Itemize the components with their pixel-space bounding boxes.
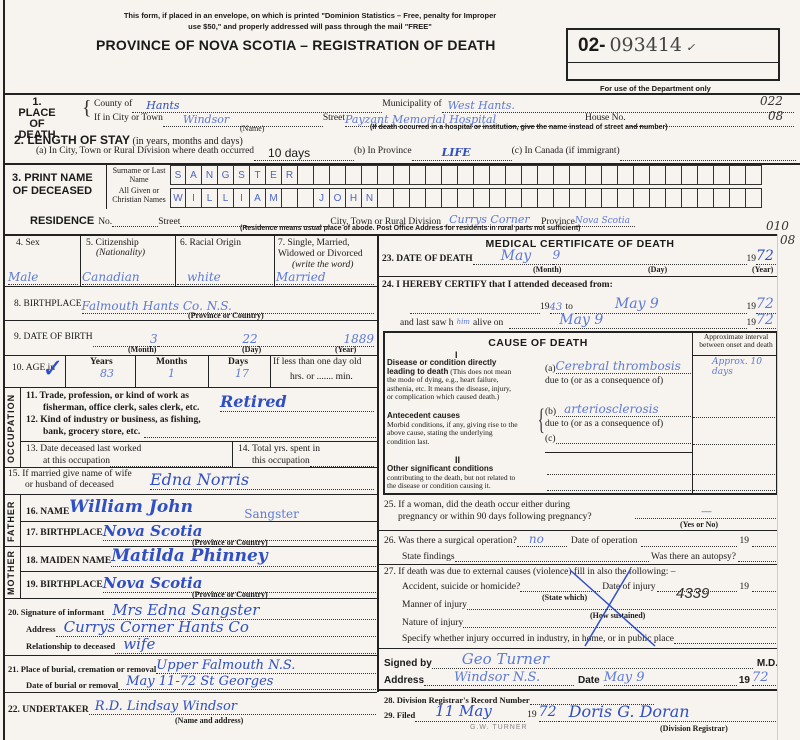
relationship-row: Relationship to deceased wife (26, 641, 376, 654)
municipality-value[interactable]: West Hants. (442, 99, 794, 113)
father-side-label: FATHER (6, 498, 16, 544)
registrar-signature[interactable]: Doris G. Doran (559, 702, 778, 722)
registrar-hint: (Division Registrar) (660, 724, 728, 733)
signed-year[interactable]: 72 (752, 670, 778, 686)
divider (20, 546, 21, 598)
operation-year[interactable] (752, 536, 778, 547)
divider (3, 93, 800, 95)
reg-prefix: 02- (578, 35, 605, 56)
interval-header: Approximate interval between onset and d… (694, 333, 778, 349)
surgery-row: 26. Was there a surgical operation? no D… (384, 536, 778, 547)
age-days-value[interactable]: 17 (235, 367, 249, 380)
divider (3, 494, 377, 495)
divider (232, 441, 233, 467)
interval-a-value[interactable]: Approx. 10 days (712, 357, 778, 377)
antecedent-help: Antecedent causes Morbid conditions, if … (387, 412, 519, 446)
industry-value[interactable] (144, 426, 376, 438)
dob-label: 9. DATE OF BIRTH (14, 332, 93, 347)
last-worked-value[interactable] (110, 455, 231, 467)
pregnancy-value[interactable]: — (635, 505, 778, 519)
total-years-value[interactable] (310, 455, 374, 467)
undertaker-value[interactable]: R.D. Lindsay Windsor (89, 699, 376, 715)
signed-by-row: Signed by Geo Turner M.D. (384, 658, 778, 669)
last-saw-year[interactable]: 72 (756, 312, 778, 329)
stay-canada-label: (c) In Canada (if immigrant) (512, 146, 620, 161)
burial-date-value[interactable]: May 11-72 St Georges (118, 674, 376, 690)
divider (270, 355, 271, 387)
county-label: County of (94, 99, 132, 113)
trade-value[interactable]: Retired (220, 392, 374, 412)
county-value[interactable]: Hants (132, 99, 382, 113)
months-label: Months (156, 357, 187, 367)
filed-date[interactable]: 11 May (415, 702, 525, 722)
divider (80, 234, 81, 286)
divider (3, 598, 377, 599)
days-label: Days (228, 357, 248, 367)
divider (20, 494, 21, 546)
citizenship-value[interactable]: Canadian (82, 270, 174, 285)
less-than-day-label: If less than one day old (273, 357, 361, 367)
divider (3, 467, 377, 468)
due-to-a: due to (or as a consequence of) (545, 376, 663, 386)
margin-code-3: 010 (766, 219, 789, 233)
cause-a-row: (a) Cerebral thrombosis (545, 364, 691, 374)
findings-row: State findings Was there an autopsy? (402, 552, 778, 562)
undertaker-hint: (Name and address) (175, 716, 243, 725)
occupation-side-label: OCCUPATION (6, 392, 16, 464)
day-hint: (Day) (242, 345, 261, 354)
mother-maiden-value[interactable]: Matilda Phinney (111, 546, 376, 567)
given-names-label: All Given or Christian Names (110, 186, 168, 204)
sex-value[interactable]: Male (8, 270, 78, 285)
divider (20, 441, 377, 442)
divider (3, 692, 377, 693)
death-year-hint: (Year) (752, 265, 773, 274)
divider (3, 234, 778, 236)
other-condition-2[interactable] (547, 490, 691, 491)
length-of-stay-row: (a) In City, Town or Rural Division wher… (36, 146, 796, 161)
father-surname-value[interactable]: Sangster (244, 507, 376, 522)
last-worked-label: 13. Date deceased last workedat this occ… (26, 443, 231, 467)
county-row: County of Hants Municipality of West Han… (94, 99, 794, 113)
father-name-value[interactable]: William John (69, 497, 244, 522)
divider (545, 452, 692, 453)
stay-province-label: (b) In Province (354, 146, 412, 161)
other-conditions-help: Other significant conditions contributin… (387, 465, 519, 491)
racial-origin-label: 6. Racial Origin (180, 238, 241, 248)
trade-label: 11. Trade, profession, or kind of work a… (26, 390, 199, 414)
undertaker-row: 22. UNDERTAKER R.D. Lindsay Windsor (8, 705, 376, 715)
surname-label: Surname or Last Name (110, 166, 168, 184)
last-saw-date[interactable]: May 9 (509, 312, 746, 329)
mother-maiden-row: 18. MAIDEN NAME Matilda Phinney (26, 556, 376, 567)
cause-a-value[interactable]: Cerebral thrombosis (556, 359, 691, 374)
findings-value[interactable] (455, 552, 650, 562)
stay-city-value[interactable]: 10 days (254, 146, 354, 161)
divider (377, 689, 778, 691)
other-interval-2[interactable] (693, 490, 775, 491)
street-hint: (If death occurred in a hospital or inst… (370, 124, 668, 131)
death-day-hint: (Day) (648, 265, 667, 274)
divider (377, 648, 778, 649)
mother-side-label: MOTHER (6, 550, 16, 596)
stay-city-label: (a) In City, Town or Rural Division wher… (36, 146, 254, 161)
margin-code-2: 08 (768, 109, 783, 123)
filed-row: 29. Filed 11 May 19 72 Doris G. Doran (384, 710, 778, 722)
direct-cause-help: Disease or condition directly leading to… (387, 359, 519, 402)
dob-row: 9. DATE OF BIRTH 3 22 1889 (14, 332, 374, 347)
spouse-value[interactable]: Edna Norris (150, 470, 374, 490)
death-month[interactable]: May (473, 248, 553, 265)
left-border (3, 0, 5, 740)
pregnancy-label: 25. If a woman, did the death occur eith… (384, 499, 592, 523)
stamp-note: G.W. TURNER (470, 724, 528, 731)
other-interval-1[interactable] (693, 474, 775, 475)
check-mark-icon: ✓ (686, 41, 695, 54)
strike-x-mark (560, 568, 660, 648)
other-condition-1[interactable] (547, 474, 691, 475)
month-hint: (Month) (128, 345, 156, 354)
physician-address[interactable]: Windsor N.S. (424, 670, 574, 686)
physician-signature[interactable]: Geo Turner (432, 650, 753, 669)
name-hint: (Name) (240, 124, 264, 133)
divider (377, 530, 778, 531)
divider (3, 320, 377, 321)
specify-value[interactable] (674, 634, 778, 644)
divider (3, 387, 377, 388)
stay-province-value[interactable]: LIFE (412, 146, 512, 161)
industry-label: 12. Kind of industry or business, as fis… (26, 414, 376, 438)
divider (3, 655, 377, 656)
divider (175, 234, 176, 286)
divider (208, 355, 209, 387)
margin-code-1: 022 (760, 94, 783, 108)
last-saw-mark: him (454, 318, 473, 329)
mail-notice-line2: use $50," and properly addressed will pa… (60, 21, 560, 32)
burial-place-row: 21. Place of burial, cremation or remova… (8, 664, 376, 674)
racial-origin-value[interactable]: white (177, 270, 273, 285)
interval-c-value[interactable] (693, 444, 775, 445)
divider (377, 276, 778, 277)
check-mark-icon: ✓ (42, 354, 64, 384)
yes-no-hint: (Yes or No) (680, 520, 718, 529)
last-saw-row: and last saw h him alive on May 9 19 72 (400, 318, 778, 329)
length-of-stay-heading: 2. LENGTH OF STAY (in years, months and … (14, 133, 243, 147)
age-years-value[interactable]: 83 (100, 367, 114, 380)
date-of-death-row: 23. DATE OF DEATH May 9 19 72 (382, 254, 778, 265)
divider (274, 234, 275, 286)
autopsy-value[interactable] (738, 552, 778, 562)
cause-b-value[interactable]: arteriosclerosis (556, 402, 691, 417)
city-label: If in City or Town (94, 113, 163, 127)
sex-label: 4. Sex (16, 238, 40, 248)
birthplace-label: 8. BIRTHPLACE (14, 299, 82, 314)
operation-date[interactable] (641, 536, 736, 547)
death-year[interactable]: 72 (756, 248, 778, 265)
reg-number: 093414 (609, 34, 682, 56)
municipality-label: Municipality of (382, 99, 441, 113)
certify-label: 24. I HEREBY CERTIFY that I attended dec… (382, 280, 613, 290)
residence-no[interactable] (112, 226, 158, 227)
birthplace-hint: (Province or Country) (188, 311, 264, 320)
filed-year[interactable]: 72 (539, 704, 559, 722)
divider (135, 355, 136, 387)
divider (20, 571, 377, 572)
dept-note: For use of the Department only (600, 84, 711, 93)
divider (106, 163, 107, 209)
years-label: Years (90, 357, 113, 367)
injury-year[interactable] (752, 582, 778, 592)
cause-c-row: (c) (545, 434, 691, 444)
residence-province[interactable]: Nova Scotia (575, 216, 635, 227)
divider (65, 355, 66, 387)
death-day[interactable]: 9 (553, 248, 747, 265)
signed-date[interactable]: May 9 (604, 670, 737, 686)
cause-c-value[interactable] (556, 434, 691, 444)
mail-notice-line1: This form, if placed in an envelope, on … (60, 10, 560, 21)
surgery-value[interactable]: no (517, 532, 567, 547)
margin-code-4: 08 (780, 233, 795, 247)
column-divider (377, 234, 379, 692)
marital-value[interactable]: Married (276, 270, 374, 285)
surname-grid[interactable]: SANGSTER (170, 165, 762, 185)
burial-date-row: Date of burial or removal May 11-72 St G… (26, 680, 376, 690)
divider (3, 286, 377, 287)
cause-of-death-title: CAUSE OF DEATH (385, 337, 691, 349)
spouse-label: 15. If married give name of wifeor husba… (8, 469, 132, 491)
given-names-grid[interactable]: WILLIAMJOHN (170, 188, 762, 208)
divider (377, 564, 778, 565)
cause-b-row: (b) arteriosclerosis (545, 407, 691, 417)
citizenship-label: 5. Citizenship(Nationality) (86, 238, 174, 258)
due-to-b: due to (or as a consequence of) (545, 419, 663, 429)
registration-number-box: 02- 093414 ✓ (566, 28, 780, 81)
year-hint: (Year) (335, 345, 356, 354)
residence-label: RESIDENCE (30, 215, 94, 227)
print-name-label: 3. PRINT NAME OF DECEASED (12, 172, 93, 198)
street-label: Street (323, 113, 345, 127)
divider (692, 355, 778, 356)
brace: { (82, 98, 92, 118)
right-edge (777, 234, 778, 740)
interval-b-value[interactable] (693, 417, 775, 418)
hrs-min-row: hrs. or ....... min. (290, 372, 353, 382)
residence-hint: (Residence means usual place of abode. P… (240, 225, 581, 232)
divider (20, 387, 21, 467)
death-month-hint: (Month) (533, 265, 561, 274)
dob-year[interactable]: 1889 (258, 332, 374, 347)
relationship-value[interactable]: wife (115, 635, 376, 654)
burial-place-value[interactable]: Upper Falmouth N.S. (156, 658, 376, 674)
mail-notice: This form, if placed in an envelope, on … (60, 10, 560, 32)
marital-label: 7. Single, Married, Widowed or Divorced(… (278, 238, 374, 271)
total-years-label: 14. Total yrs. spent inthis occupation (238, 443, 374, 467)
page-title: PROVINCE OF NOVA SCOTIA – REGISTRATION O… (96, 37, 496, 53)
age-months-value[interactable]: 1 (168, 367, 175, 380)
stay-canada-value[interactable] (620, 146, 796, 161)
physician-address-row: Address Windsor N.S. Date May 9 19 72 (384, 675, 778, 686)
father-name-row: 16. NAME William John Sangster (26, 507, 376, 522)
brace: { (538, 405, 545, 435)
